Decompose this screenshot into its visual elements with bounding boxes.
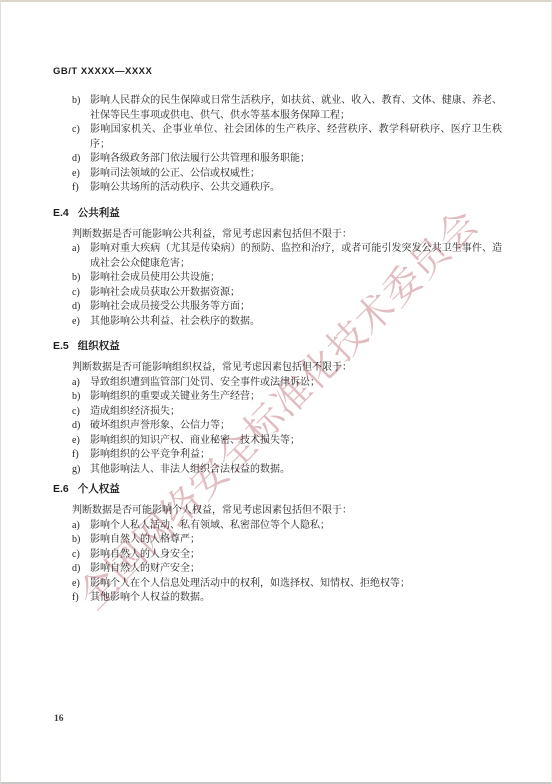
list-item: g)其他影响法人、非法人组织合法权益的数据。: [72, 463, 510, 478]
item-marker: d): [72, 562, 80, 577]
item-marker: c): [72, 286, 80, 301]
section-intro: 判断数据是否可能影响组织权益，常见考虑因素包括但不限于：: [72, 361, 510, 376]
item-marker: f): [72, 591, 79, 606]
section-heading: E.6个人权益: [53, 482, 510, 497]
item-text: 影响社会成员使用公共设施；: [90, 271, 502, 286]
section-title: 组织权益: [78, 340, 120, 352]
item-marker: b): [72, 94, 80, 109]
section-number: E.5: [53, 340, 69, 352]
item-marker: d): [72, 300, 80, 315]
item-marker: d): [72, 152, 80, 167]
item-text: 影响个人私人活动、私有领域、私密部位等个人隐私；: [90, 519, 502, 534]
list-item: a)导致组织遭到监管部门处罚、安全事件或法律诉讼；: [72, 376, 510, 391]
list-item: c)影响自然人的人身安全；: [72, 548, 510, 563]
item-marker: e): [72, 167, 80, 182]
item-text: 影响公共场所的活动秩序、公共交通秩序。: [90, 181, 502, 196]
list-item: f)影响组织的公平竞争利益；: [72, 448, 510, 463]
list-item: c)造成组织经济损失；: [72, 405, 510, 420]
list-item: b)影响社会成员使用公共设施；: [72, 271, 510, 286]
doc-header-standard-number: GB/T XXXXX—XXXX: [53, 66, 152, 77]
section: b)影响人民群众的民生保障或日常生活秩序，如扶贫、就业、收入、教育、文体、健康、…: [72, 94, 510, 196]
item-text: 影响组织的知识产权、商业秘密、技术损失等；: [90, 434, 502, 449]
section-heading: E.4公共利益: [53, 206, 510, 221]
item-text: 其他影响公共利益、社会秩序的数据。: [90, 315, 502, 330]
item-marker: g): [72, 463, 80, 478]
item-text: 导致组织遭到监管部门处罚、安全事件或法律诉讼；: [90, 376, 502, 391]
list-item: b)影响自然人的人格尊严；: [72, 533, 510, 548]
item-text: 影响各级政务部门依法履行公共管理和服务职能；: [90, 152, 502, 167]
item-text: 影响组织的公平竞争利益；: [90, 448, 502, 463]
list-item: a)影响个人私人活动、私有领域、私密部位等个人隐私；: [72, 519, 510, 534]
item-marker: a): [72, 519, 80, 534]
list-item: f)影响公共场所的活动秩序、公共交通秩序。: [72, 181, 510, 196]
item-marker: b): [72, 533, 80, 548]
list-item: d)影响各级政务部门依法履行公共管理和服务职能；: [72, 152, 510, 167]
item-text: 影响自然人的人格尊严；: [90, 533, 502, 548]
item-text: 影响对重大疾病（尤其是传染病）的预防、监控和治疗，或者可能引发突发公共卫生事件、…: [90, 242, 502, 271]
section-number: E.6: [53, 483, 69, 495]
list-item: f)其他影响个人权益的数据。: [72, 591, 510, 606]
item-marker: a): [72, 376, 80, 391]
item-text: 影响自然人的财产安全；: [90, 562, 502, 577]
section-number: E.4: [53, 207, 69, 219]
item-marker: f): [72, 448, 79, 463]
list-item: e)影响个人在个人信息处理活动中的权利，如选择权、知情权、拒绝权等；: [72, 577, 510, 592]
section: E.5组织权益判断数据是否可能影响组织权益，常见考虑因素包括但不限于：a)导致组…: [72, 339, 510, 477]
list-item: d)破坏组织声誉形象、公信力等；: [72, 419, 510, 434]
document-page: 全国网络安全标准化技术委员会 GB/T XXXXX—XXXX b)影响人民群众的…: [0, 0, 552, 784]
list-item: e)其他影响公共利益、社会秩序的数据。: [72, 315, 510, 330]
item-text: 影响人民群众的民生保障或日常生活秩序，如扶贫、就业、收入、教育、文体、健康、养老…: [90, 94, 502, 123]
item-marker: e): [72, 315, 80, 330]
list-item: c)影响国家机关、企事业单位、社会团体的生产秩序、经营秩序、教学科研秩序、医疗卫…: [72, 123, 510, 152]
item-marker: a): [72, 242, 80, 257]
list-item: e)影响司法领域的公正、公信或权威性；: [72, 167, 510, 182]
item-marker: d): [72, 419, 80, 434]
list-item: c)影响社会成员获取公开数据资源；: [72, 286, 510, 301]
item-marker: b): [72, 271, 80, 286]
list-item: a)影响对重大疾病（尤其是传染病）的预防、监控和治疗，或者可能引发突发公共卫生事…: [72, 242, 510, 271]
section-intro: 判断数据是否可能影响公共利益，常见考虑因素包括但不限于：: [72, 228, 510, 243]
list-item: e)影响组织的知识产权、商业秘密、技术损失等；: [72, 434, 510, 449]
item-text: 其他影响个人权益的数据。: [90, 591, 502, 606]
section-heading: E.5组织权益: [53, 339, 510, 354]
section-title: 公共利益: [78, 207, 120, 219]
item-marker: e): [72, 434, 80, 449]
item-text: 影响国家机关、企事业单位、社会团体的生产秩序、经营秩序、教学科研秩序、医疗卫生秩…: [90, 123, 502, 152]
section-title: 个人权益: [78, 483, 120, 495]
item-text: 破坏组织声誉形象、公信力等；: [90, 419, 502, 434]
section-intro: 判断数据是否可能影响个人权益，常见考虑因素包括但不限于：: [72, 504, 510, 519]
item-text: 造成组织经济损失；: [90, 405, 502, 420]
item-marker: b): [72, 390, 80, 405]
item-text: 影响自然人的人身安全；: [90, 548, 502, 563]
item-text: 影响个人在个人信息处理活动中的权利，如选择权、知情权、拒绝权等；: [90, 577, 502, 592]
item-text: 影响组织的重要或关键业务生产经营；: [90, 390, 502, 405]
list-item: b)影响组织的重要或关键业务生产经营；: [72, 390, 510, 405]
item-marker: c): [72, 405, 80, 420]
item-marker: e): [72, 577, 80, 592]
list-item: d)影响自然人的财产安全；: [72, 562, 510, 577]
item-marker: f): [72, 181, 79, 196]
list-item: d)影响社会成员接受公共服务等方面；: [72, 300, 510, 315]
item-text: 影响社会成员接受公共服务等方面；: [90, 300, 502, 315]
item-text: 影响社会成员获取公开数据资源；: [90, 286, 502, 301]
item-text: 影响司法领域的公正、公信或权威性；: [90, 167, 502, 182]
item-text: 其他影响法人、非法人组织合法权益的数据。: [90, 463, 502, 478]
item-marker: c): [72, 548, 80, 563]
section: E.6个人权益判断数据是否可能影响个人权益，常见考虑因素包括但不限于：a)影响个…: [72, 482, 510, 606]
page-number: 16: [54, 714, 64, 724]
item-marker: c): [72, 123, 80, 138]
list-item: b)影响人民群众的民生保障或日常生活秩序，如扶贫、就业、收入、教育、文体、健康、…: [72, 94, 510, 123]
section: E.4公共利益判断数据是否可能影响公共利益，常见考虑因素包括但不限于：a)影响对…: [72, 206, 510, 330]
document-content: b)影响人民群众的民生保障或日常生活秩序，如扶贫、就业、收入、教育、文体、健康、…: [72, 94, 510, 606]
